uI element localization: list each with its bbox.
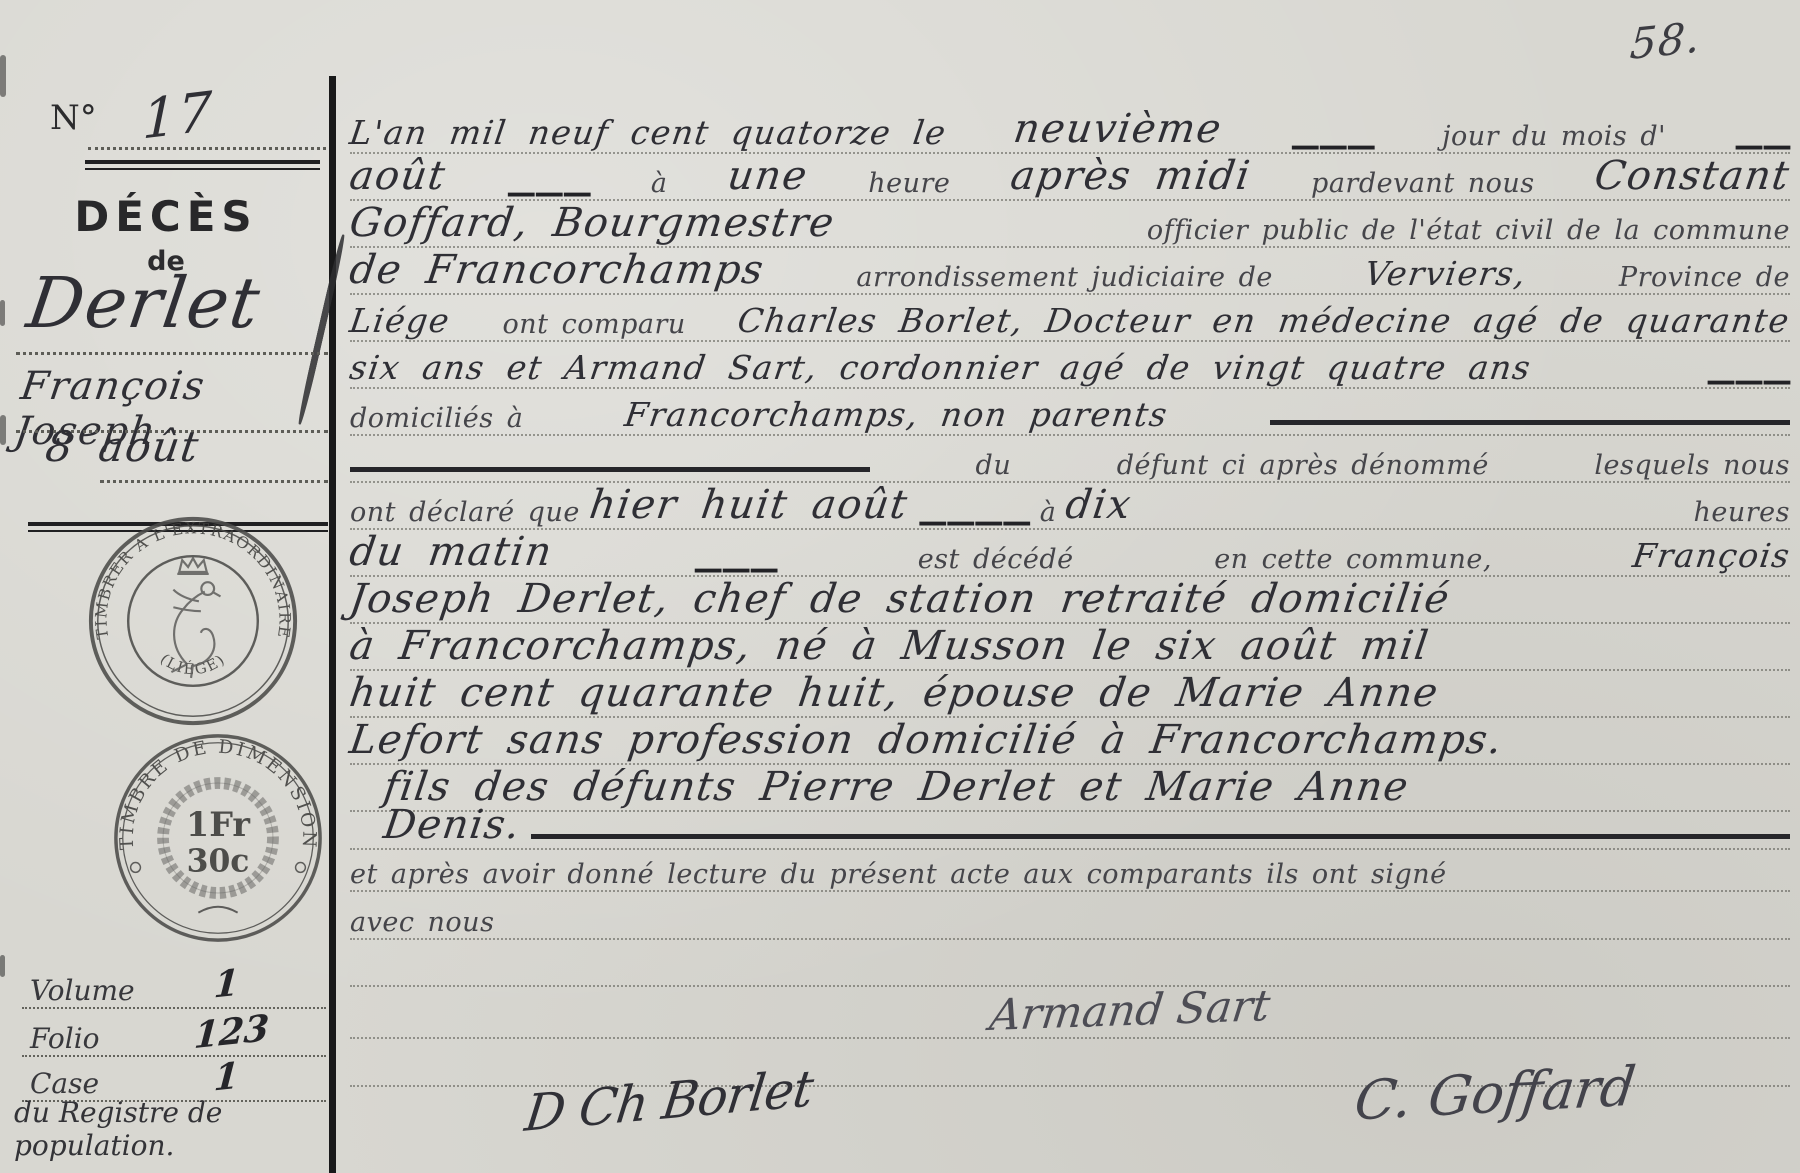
- record-text: Francorchamps, non parents: [622, 395, 1170, 434]
- record-text: Lefort sans profession domicilié à Franc…: [347, 717, 1506, 763]
- record-line: ont déclaré quehier huit août————àdixheu…: [350, 484, 1790, 530]
- dotted-rule: [88, 147, 326, 150]
- record-line: Lefort sans profession domicilié à Franc…: [350, 719, 1790, 765]
- deceased-surname: Derlet: [22, 262, 265, 344]
- stamp-arc-text: TIMBRER A L'EXTRAORDINAIRE: [91, 518, 294, 640]
- deces-title: DÉCÈS: [0, 192, 332, 241]
- record-line: Liégeont comparuCharles Borlet, Docteur …: [350, 296, 1790, 342]
- record-text: Liége: [347, 301, 453, 340]
- fill-in-rule: [350, 467, 870, 472]
- record-text: Province de: [1619, 262, 1790, 293]
- folio-label: Folio: [30, 1022, 100, 1055]
- folio-row: Folio 123: [22, 1013, 326, 1057]
- record-text: lesquels nous: [1594, 450, 1790, 481]
- record-text: domiciliés à: [350, 403, 523, 434]
- record-text: huit cent quarante huit, épouse de Marie…: [347, 670, 1442, 716]
- record-line: à Francorchamps, né à Musson le six août…: [350, 625, 1790, 671]
- record-line: L'an mil neuf cent quatorze leneuvième——…: [350, 108, 1790, 154]
- record-text: ont comparu: [503, 309, 686, 340]
- record-line: Joseph Derlet, chef de station retraité …: [350, 578, 1790, 624]
- double-rule: [85, 160, 320, 170]
- record-line: et après avoir donné lecture du présent …: [350, 846, 1790, 892]
- record-text: Joseph Derlet, chef de station retraité …: [347, 576, 1453, 622]
- record-text: défunt ci après dénommé: [1117, 450, 1489, 481]
- record-text: six ans et Armand Sart, cordonnier agé d…: [347, 348, 1534, 387]
- register-note: du Registre de population.: [14, 1096, 332, 1162]
- record-line: Denis.: [350, 804, 1790, 850]
- record-text: François: [1630, 536, 1793, 575]
- volume-label: Volume: [30, 974, 135, 1007]
- record-number-label: N°: [50, 98, 97, 138]
- record-text: en cette commune,: [1214, 544, 1492, 575]
- record-line: août———àuneheureaprès midipardevant nous…: [350, 155, 1790, 201]
- death-certificate-page: 58. N° 17 DÉCÈS de Derlet François Josep…: [0, 0, 1800, 1173]
- record-text: Denis.: [381, 802, 524, 848]
- case-value: 1: [213, 1054, 241, 1099]
- record-text: du matin: [347, 529, 556, 575]
- record-text: arrondissement judiciaire de: [856, 262, 1272, 293]
- record-line: avec nous: [350, 894, 1790, 940]
- stamp-value-centimes: 30c: [187, 843, 250, 879]
- record-text: dix: [1063, 482, 1135, 528]
- record-text: ont déclaré que: [350, 497, 580, 528]
- record-text: Goffard, Bourgmestre: [347, 200, 838, 246]
- record-line: domiciliés àFrancorchamps, non parents: [350, 390, 1790, 436]
- record-text: avec nous: [350, 907, 494, 938]
- fill-in-rule: [1270, 420, 1790, 425]
- stamp-value-francs: 1Fr: [186, 805, 250, 844]
- record-text: heure: [868, 168, 950, 199]
- record-text: à: [1040, 497, 1057, 528]
- record-number-value: 17: [142, 79, 214, 151]
- record-line: du matin———est décédéen cette commune,Fr…: [350, 531, 1790, 577]
- record-line: huit cent quarante huit, épouse de Marie…: [350, 672, 1790, 718]
- record-line: Goffard, Bourgmestreofficier public de l…: [350, 202, 1790, 248]
- record-text: neuvième: [1011, 106, 1225, 152]
- record-text: Constant: [1592, 153, 1793, 199]
- record-text: à Francorchamps, né à Musson le six août…: [347, 623, 1432, 669]
- record-text: pardevant nous: [1311, 168, 1535, 199]
- record-text: Charles Borlet, Docteur en médecine agé …: [735, 301, 1792, 340]
- dotted-rule: [16, 352, 328, 355]
- record-text: une: [725, 153, 811, 199]
- record-text: L'an mil neuf cent quatorze le: [347, 113, 949, 152]
- record-text: du: [976, 450, 1012, 481]
- record-text: officier public de l'état civil de la co…: [1147, 215, 1790, 246]
- svg-text:TIMBRER A L'EXTRAORDINAIRE: TIMBRER A L'EXTRAORDINAIRE: [91, 518, 294, 640]
- record-line: [350, 941, 1790, 987]
- record-text: Verviers,: [1362, 254, 1529, 293]
- record-line: dudéfunt ci après dénommélesquels nous: [350, 437, 1790, 483]
- record-text: jour du mois d': [1442, 121, 1666, 152]
- record-text: de Francorchamps: [347, 247, 768, 293]
- record-text: est décédé: [918, 544, 1074, 575]
- volume-value: 1: [213, 961, 241, 1006]
- record-line: six ans et Armand Sart, cordonnier agé d…: [350, 343, 1790, 389]
- fill-in-rule: [531, 834, 1790, 839]
- dotted-rule: [100, 480, 328, 483]
- death-date: 8 août: [43, 422, 203, 471]
- record-text: à: [651, 168, 668, 199]
- record-text: heures: [1694, 497, 1791, 528]
- record-text: hier huit août: [587, 482, 911, 528]
- folio-value: 123: [193, 1007, 271, 1057]
- dimension-stamp: TIMBRE DE DIMENSION 1Fr 30c: [110, 730, 326, 946]
- record-line: de Francorchampsarrondissement judiciair…: [350, 249, 1790, 295]
- liege-extraordinary-stamp: TIMBRER A L'EXTRAORDINAIRE (LIÉGE): [85, 513, 301, 729]
- margin-column: N° 17 DÉCÈS de Derlet François Joseph 8 …: [0, 0, 332, 1173]
- volume-row: Volume 1: [22, 965, 326, 1009]
- signature-witness: Armand Sart: [987, 981, 1273, 1041]
- record-text: août: [347, 153, 449, 199]
- record-text: après midi: [1008, 153, 1254, 199]
- record-text: et après avoir donné lecture du présent …: [350, 859, 1447, 890]
